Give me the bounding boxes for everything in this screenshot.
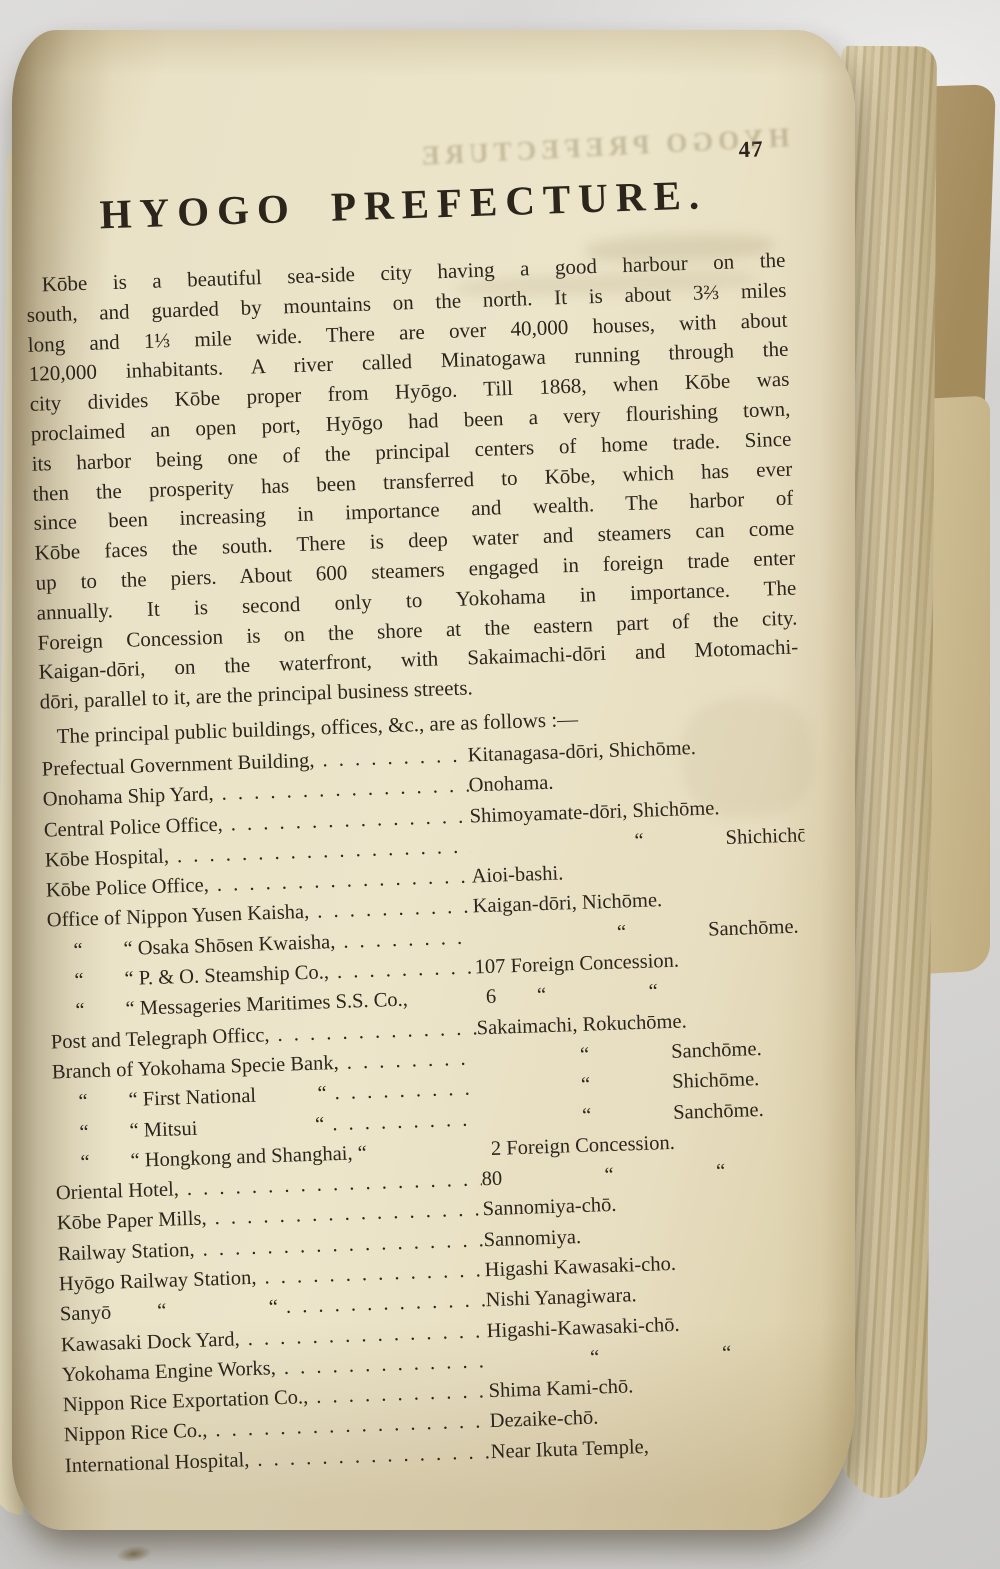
entry-name: Nippon Rice Co., xyxy=(63,1416,207,1451)
book-photo: HYOGO PREFECTURE 47 HYOGO PREFECTURE. Kō… xyxy=(0,0,1000,1569)
binding-mark xyxy=(115,1544,153,1565)
book-page: HYOGO PREFECTURE 47 HYOGO PREFECTURE. Kō… xyxy=(12,30,855,1530)
directory-list: Prefectual Government Building, . . . . … xyxy=(41,729,825,1481)
leader-dots: . . . . . . . . . . . . . . . . . . . . … xyxy=(324,1104,480,1139)
leader-dots xyxy=(408,1004,476,1006)
intro-paragraph: Kōbe is a beautiful sea-side city having… xyxy=(25,246,799,718)
entry-name: International Hospital, xyxy=(64,1445,249,1481)
entry-name: Oriental Hotel, xyxy=(55,1174,179,1208)
leader-dots xyxy=(367,1155,481,1159)
leader-dots: . . . . . . . . . . . . . . . . . . . . … xyxy=(328,952,475,987)
entry-name: Kōbe Hospital, xyxy=(44,841,169,875)
entry-name: Kōbe Paper Mills, xyxy=(56,1204,207,1239)
entry-name: Railway Station, xyxy=(57,1235,195,1270)
leader-dots: . . . . . . . . . . . . . . . . . . . . … xyxy=(338,1043,478,1078)
leader-dots: . . . . . . . . . . . . . . . . . . . . … xyxy=(335,922,474,957)
page-content: HYOGO PREFECTURE 47 HYOGO PREFECTURE. Kō… xyxy=(22,136,827,1520)
